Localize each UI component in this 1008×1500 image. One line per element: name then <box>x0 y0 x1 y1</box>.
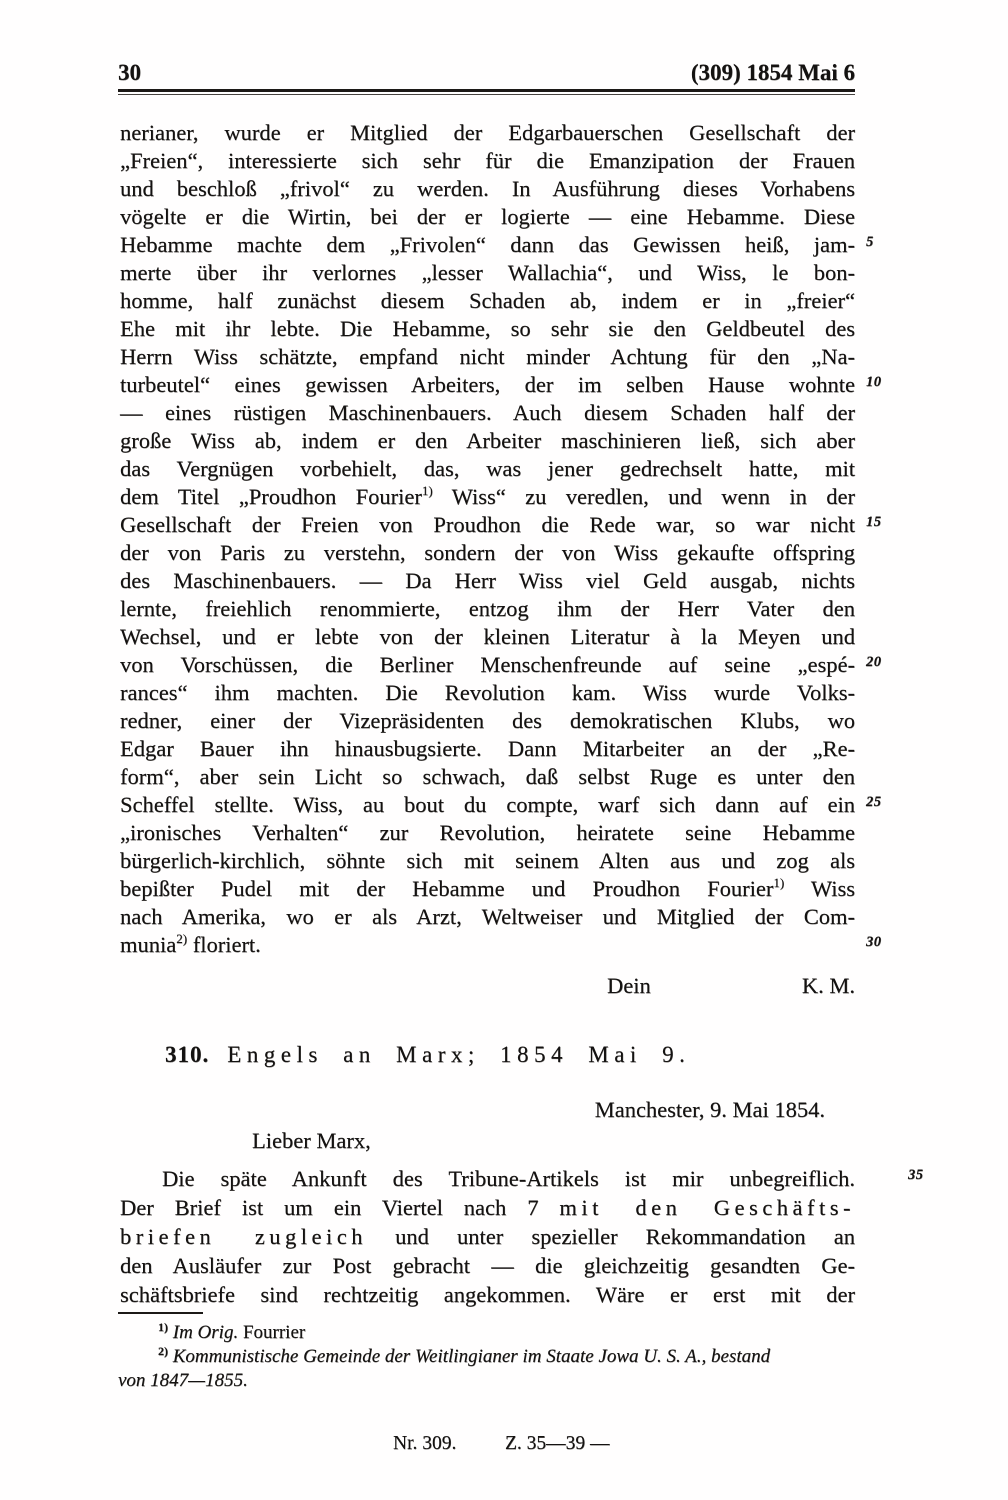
text-line: Herrn Wiss schätzte, empfand nicht minde… <box>120 343 855 371</box>
line-text: und unter spezieller Rekommandation an <box>367 1224 855 1249</box>
text-line: das Vergnügen vorbehielt, das, was jener… <box>120 455 855 483</box>
header-rule <box>118 89 855 95</box>
text-line: turbeutel“ eines gewissen Arbeiters, der… <box>120 371 855 399</box>
footer-letter-ref: Nr. 309. <box>393 1433 456 1455</box>
text-line: und beschloß „frivol“ zu werden. In Ausf… <box>120 175 855 203</box>
margin-line-number: 30 <box>866 935 906 950</box>
emphasized-spaced-text: briefen zugleich <box>120 1224 367 1249</box>
line-text: redner, einer der Vizepräsidenten des de… <box>120 708 855 733</box>
footnote-1: 1) Im Orig. Fourrier <box>118 1321 855 1345</box>
line-text: das Vergnügen vorbehielt, das, was jener… <box>120 456 855 481</box>
text-line: große Wiss ab, indem er den Arbeiter mas… <box>120 427 855 455</box>
text-line: Gesellschaft der Freien von Proudhon die… <box>120 511 855 539</box>
letter-310-heading: 310.Engels an Marx; 1854 Mai 9. <box>165 1040 690 1070</box>
line-text: schäftsbriefe sind rechtzeitig angekomme… <box>120 1282 855 1307</box>
text-line: „ironisches Verhalten“ zur Revolution, h… <box>120 819 855 847</box>
footnote-marker: 1) <box>158 1320 168 1334</box>
line-text: und beschloß „frivol“ zu werden. In Ausf… <box>120 176 855 201</box>
line-text: des Maschinenbauers. — Da Herr Wiss viel… <box>120 568 855 593</box>
line-text: Edgar Bauer ihn hinausbugsierte. Dann Mi… <box>120 736 855 761</box>
book-page-scan: 30 (309) 1854 Mai 6 nerianer, wurde er M… <box>0 0 1008 1500</box>
footnotes-block: 1) Im Orig. Fourrier 2) Kommunistische G… <box>118 1321 855 1393</box>
text-line: Edgar Bauer ihn hinausbugsierte. Dann Mi… <box>120 735 855 763</box>
text-line: — eines rüstigen Maschinenbauers. Auch d… <box>120 399 855 427</box>
page-number: 30 <box>118 60 141 86</box>
line-text: homme, half zunächst diesem Schaden ab, … <box>120 288 855 313</box>
text-line: Hebamme machte dem „Frivolen“ dann das G… <box>120 231 855 259</box>
text-line: form“, aber sein Licht so schwach, daß s… <box>120 763 855 791</box>
footnote-separator-rule <box>118 1312 203 1314</box>
footnote-text-italic: Kommunistische Gemeinde der Weitlingiane… <box>173 1346 770 1367</box>
signature-initials: K. M. <box>802 972 855 1000</box>
line-text: bepißter Pudel mit der Hebamme und Proud… <box>120 876 773 901</box>
footnote-2: 2) Kommunistische Gemeinde der Weitlingi… <box>118 1345 855 1369</box>
emphasized-spaced-text: mit den Geschäfts- <box>559 1195 855 1220</box>
text-line: schäftsbriefe sind rechtzeitig angekomme… <box>120 1280 855 1309</box>
running-head-right: (309) 1854 Mai 6 <box>691 60 855 86</box>
footnote-reference: 1) <box>773 875 784 890</box>
line-text: Ehe mit ihr lebte. Die Hebamme, so sehr … <box>120 316 855 341</box>
line-text: den Ausläufer zur Post gebracht — die gl… <box>120 1253 855 1278</box>
line-text: munia <box>120 932 176 957</box>
text-line: dem Titel „Proudhon Fourier1) Wiss“ zu v… <box>120 483 855 511</box>
text-line: rances“ ihm machten. Die Revolution kam.… <box>120 679 855 707</box>
line-text: „Freien“, interessierte sich sehr für di… <box>120 148 855 173</box>
line-text: lernte, freiehlich renommierte, entzog i… <box>120 596 855 621</box>
line-text: Wechsel, und er lebte von der kleinen Li… <box>120 624 855 649</box>
line-text: große Wiss ab, indem er den Arbeiter mas… <box>120 428 855 453</box>
margin-line-number: 25 <box>866 795 906 810</box>
line-text: vögelte er die Wirtin, bei der er logier… <box>120 204 855 229</box>
letter-number: 310. <box>165 1042 209 1067</box>
running-head: 30 (309) 1854 Mai 6 <box>118 60 855 86</box>
footnote-reference: 2) <box>176 931 187 946</box>
valediction: Dein <box>607 972 651 1000</box>
line-text: dem Titel „Proudhon Fourier <box>120 484 422 509</box>
text-line: homme, half zunächst diesem Schaden ab, … <box>120 287 855 315</box>
text-line: Der Brief ist um ein Viertel nach 7 mit … <box>120 1193 855 1222</box>
line-text: „ironisches Verhalten“ zur Revolution, h… <box>120 820 855 845</box>
margin-line-number: 20 <box>866 655 906 670</box>
text-line: „Freien“, interessierte sich sehr für di… <box>120 147 855 175</box>
line-text: — eines rüstigen Maschinenbauers. Auch d… <box>120 400 855 425</box>
line-text: Wiss <box>784 876 855 901</box>
line-text: von Vorschüssen, die Berliner Menschenfr… <box>120 652 855 677</box>
text-line: bepißter Pudel mit der Hebamme und Proud… <box>120 875 855 903</box>
text-line: Scheffel stellte. Wiss, au bout du compt… <box>120 791 855 819</box>
line-text: Scheffel stellte. Wiss, au bout du compt… <box>120 792 855 817</box>
line-text: Herrn Wiss schätzte, empfand nicht minde… <box>120 344 855 369</box>
line-text: merte über ihr verlornes „lesser Wallach… <box>120 260 855 285</box>
line-text: Wiss“ zu veredlen, und wenn in der <box>433 484 855 509</box>
line-text: nerianer, wurde er Mitglied der Edgarbau… <box>120 120 855 145</box>
text-line: lernte, freiehlich renommierte, entzog i… <box>120 595 855 623</box>
line-text: Die späte Ankunft des Tribune-Artikels i… <box>162 1166 855 1191</box>
text-line: der von Paris zu verstehn, sondern der v… <box>120 539 855 567</box>
line-text: floriert. <box>187 932 261 957</box>
footnote-reference: 1) <box>422 483 433 498</box>
margin-line-number: 5 <box>866 235 906 250</box>
line-text: Hebamme machte dem „Frivolen“ dann das G… <box>120 232 855 257</box>
text-line: briefen zugleich und unter spezieller Re… <box>120 1222 855 1251</box>
text-line: des Maschinenbauers. — Da Herr Wiss viel… <box>120 567 855 595</box>
text-line: von Vorschüssen, die Berliner Menschenfr… <box>120 651 855 679</box>
letter-310-body: Die späte Ankunft des Tribune-Artikels i… <box>120 1164 855 1309</box>
line-text: rances“ ihm machten. Die Revolution kam.… <box>120 680 855 705</box>
text-line: Ehe mit ihr lebte. Die Hebamme, so sehr … <box>120 315 855 343</box>
apparatus-footer: Nr. 309. Z. 35—39 — <box>0 1433 1008 1459</box>
footnote-text-italic: von 1847—1855. <box>118 1370 248 1391</box>
margin-line-number: 10 <box>866 375 906 390</box>
text-line: den Ausläufer zur Post gebracht — die gl… <box>120 1251 855 1280</box>
line-text: Der Brief ist um ein Viertel nach 7 <box>120 1195 559 1220</box>
text-line: nach Amerika, wo er als Arzt, Weltweiser… <box>120 903 855 931</box>
text-line: bürgerlich-kirchlich, söhnte sich mit se… <box>120 847 855 875</box>
footnote-2-continuation: von 1847—1855. <box>118 1369 855 1393</box>
text-line: Die späte Ankunft des Tribune-Artikels i… <box>120 1164 855 1193</box>
line-text: Gesellschaft der Freien von Proudhon die… <box>120 512 855 537</box>
line-text: der von Paris zu verstehn, sondern der v… <box>120 540 855 565</box>
text-line: merte über ihr verlornes „lesser Wallach… <box>120 259 855 287</box>
footnote-text-italic: Im Orig. <box>173 1322 238 1343</box>
footer-line-ref: Z. 35—39 — <box>505 1433 610 1455</box>
text-line: Wechsel, und er lebte von der kleinen Li… <box>120 623 855 651</box>
salutation: Lieber Marx, <box>252 1127 371 1155</box>
footnote-text: Fourrier <box>243 1322 305 1343</box>
margin-line-number: 15 <box>866 515 906 530</box>
line-text: form“, aber sein Licht so schwach, daß s… <box>120 764 855 789</box>
dateline: Manchester, 9. Mai 1854. <box>120 1096 855 1124</box>
line-text: nach Amerika, wo er als Arzt, Weltweiser… <box>120 904 855 929</box>
text-line: nerianer, wurde er Mitglied der Edgarbau… <box>120 119 855 147</box>
letter-signature: Dein K. M. <box>120 972 855 1000</box>
footnote-marker: 2) <box>158 1344 168 1358</box>
letter-309-body: nerianer, wurde er Mitglied der Edgarbau… <box>120 119 855 1000</box>
letter-title: Engels an Marx; 1854 Mai 9. <box>227 1042 690 1067</box>
text-line: redner, einer der Vizepräsidenten des de… <box>120 707 855 735</box>
text-line: munia2) floriert.30 <box>120 931 855 959</box>
line-text: turbeutel“ eines gewissen Arbeiters, der… <box>120 372 855 397</box>
text-line: vögelte er die Wirtin, bei der er logier… <box>120 203 855 231</box>
margin-line-number: 35 <box>866 1168 906 1183</box>
line-text: bürgerlich-kirchlich, söhnte sich mit se… <box>120 848 855 873</box>
